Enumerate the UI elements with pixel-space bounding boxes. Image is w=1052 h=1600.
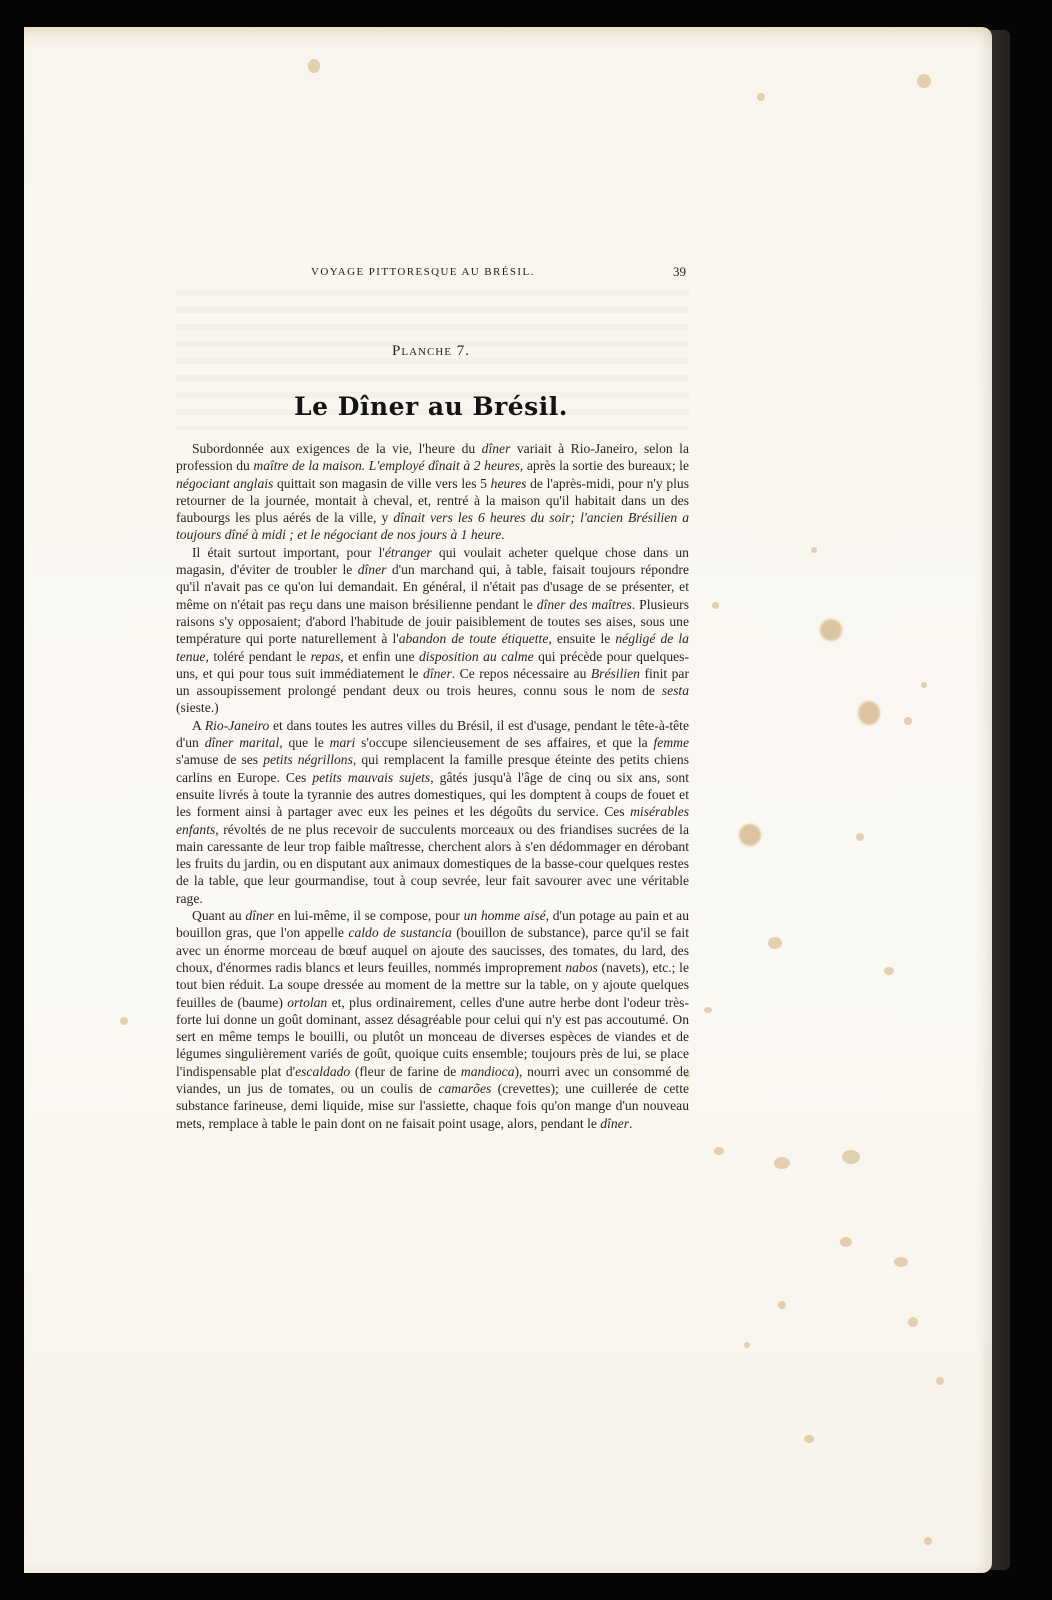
paragraph: A Rio-Janeiro et dans toutes les autres … — [176, 717, 689, 907]
paragraph: Quant au dîner en lui-même, il se compos… — [176, 907, 689, 1132]
plate-label: Planche 7. — [176, 343, 686, 360]
chapter-title: Le Dîner au Brésil. — [176, 392, 686, 421]
paragraph: Subordonnée aux exigences de la vie, l'h… — [176, 440, 689, 544]
paragraph: Il était surtout important, pour l'étran… — [176, 544, 689, 717]
body-text: Subordonnée aux exigences de la vie, l'h… — [176, 440, 689, 1132]
